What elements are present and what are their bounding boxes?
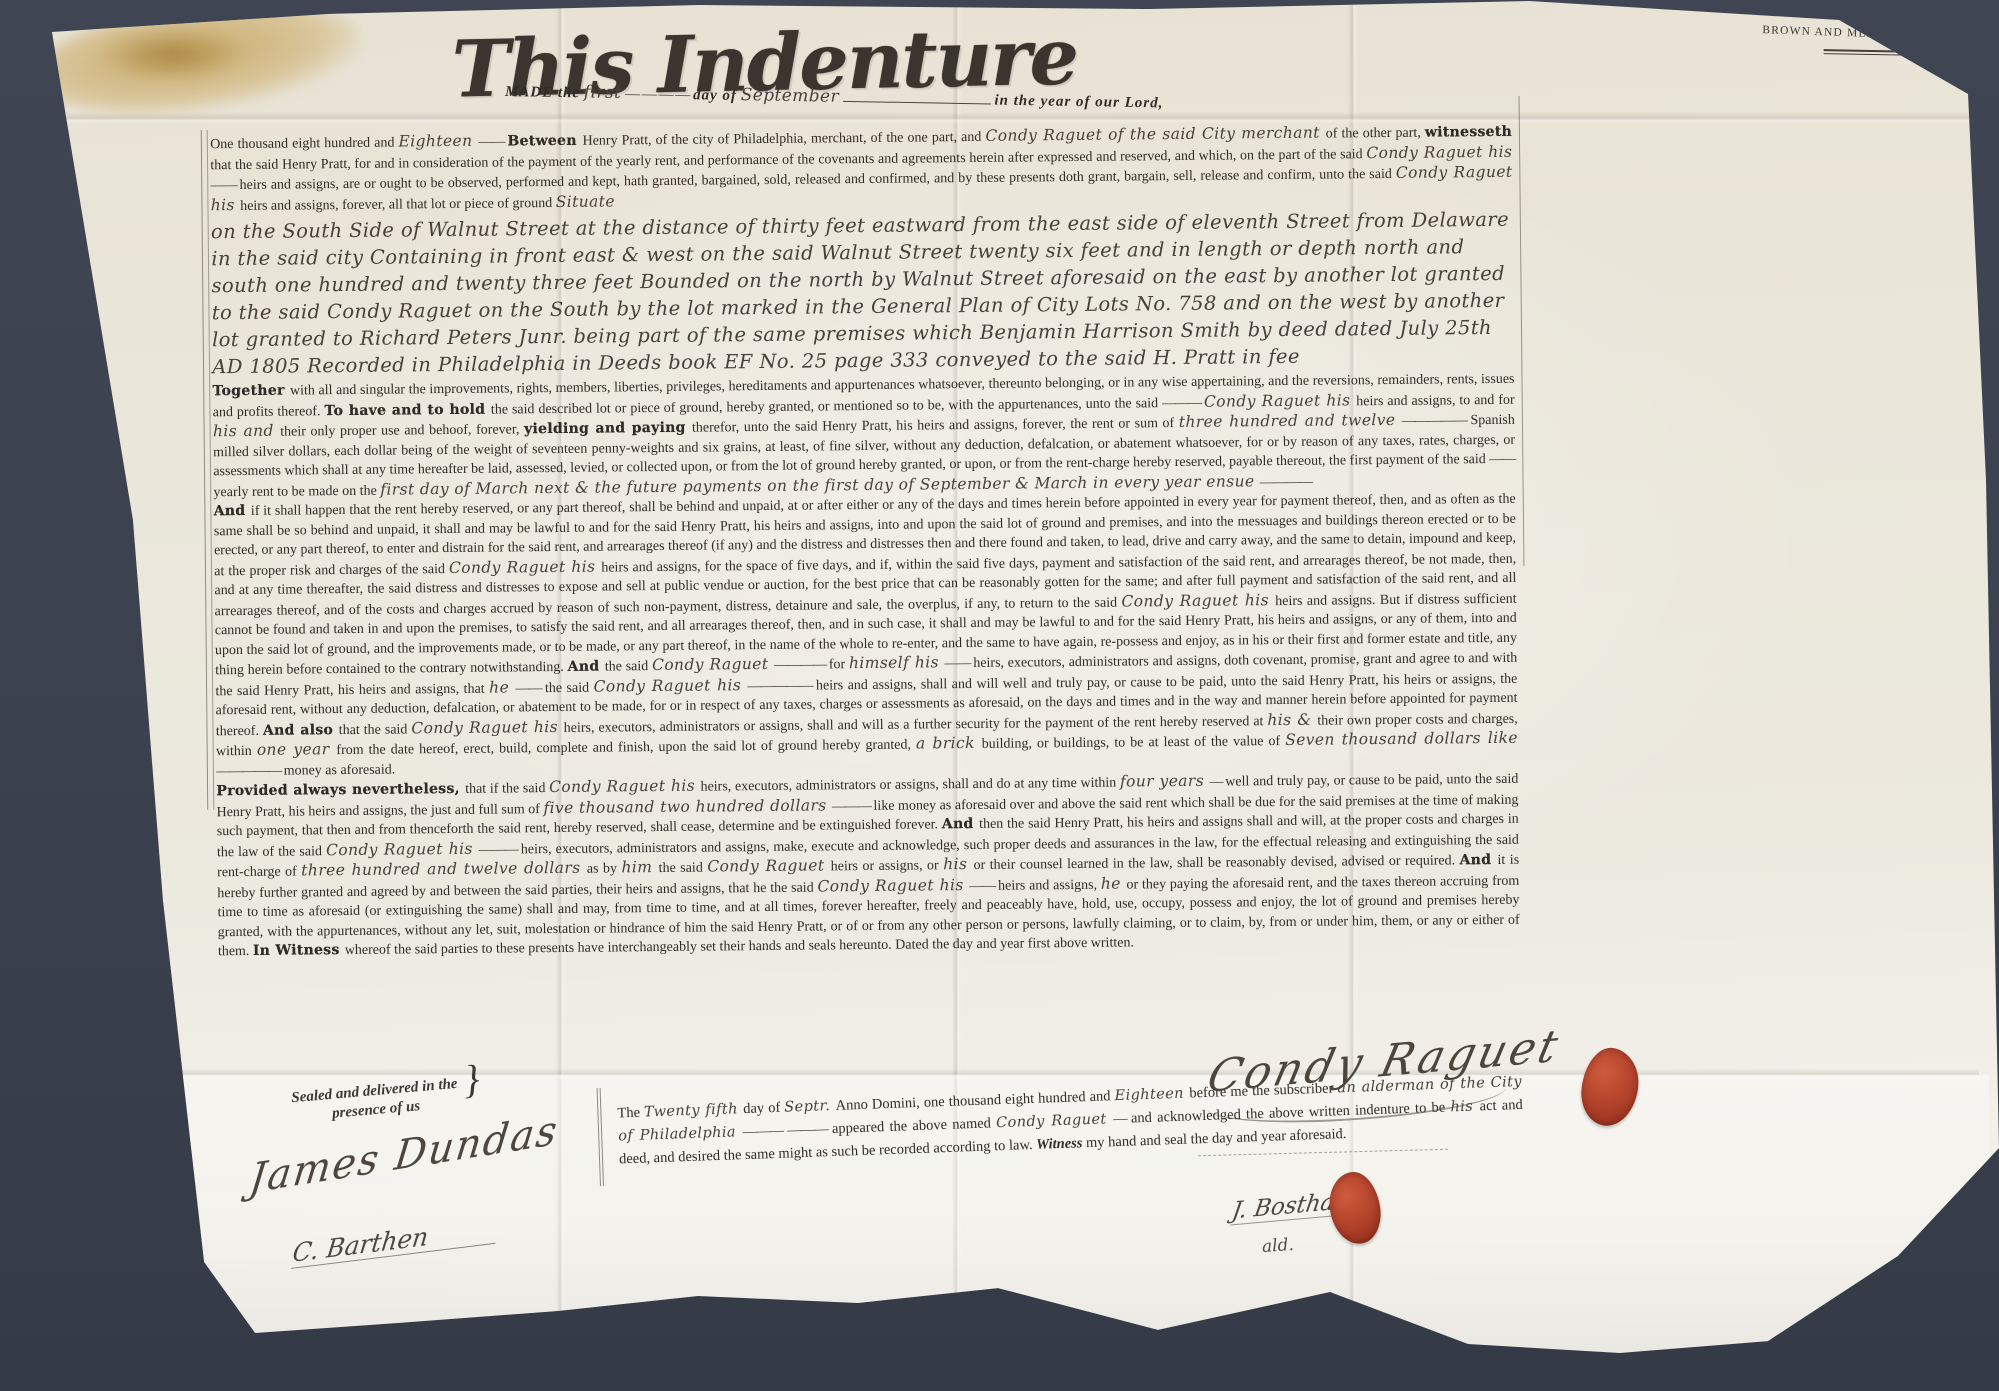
blank-rule: ———— [774,657,829,673]
printed-text: heirs and assigns, to and for [1356,392,1515,409]
blank-rule: ——— [832,798,874,813]
handwritten-text: Condy Raguet [707,856,831,875]
lead-word: witnesseth [1425,124,1512,141]
document-paragraph: Provided always nevertheless, that if th… [216,769,1520,962]
blank-rule: —— [944,656,973,671]
handwritten-text: five thousand two hundred dollars [543,796,832,817]
blank-rule: —— [1489,452,1515,467]
printer-imprint-rule [1823,49,1919,56]
witness-signature-second: C. Barthen [291,1213,500,1269]
parchment-stain-core [96,26,246,82]
attestation-brace: } [462,1069,480,1089]
printed-text: my hand and seal the day and year afores… [1086,1126,1347,1151]
lead-word: And [568,659,605,675]
handwritten-text: he [1101,874,1127,892]
blank-rule: — [1113,1110,1131,1127]
lead-word: Between [507,133,582,150]
printed-text: or their counsel learned in the law, sha… [974,853,1460,873]
lead-word: In Witness [253,942,345,959]
printed-text: heirs, executors, administrators or assi… [700,776,1120,795]
blank-rule: ————— [1402,413,1471,429]
blank-rule: ——— [479,842,521,857]
alderman-title-abbrev: ald. [1261,1235,1294,1257]
blank-rule: ————— [747,678,816,694]
handwritten-text: Eighteen [1114,1085,1189,1104]
handwritten-text: Eighteen [398,132,478,151]
handwritten-text: himself his [849,653,945,672]
handwritten-text: four years [1120,772,1210,791]
blank-dashes: — — — — [625,86,690,103]
printed-text: heirs and assigns, forever, all that lot… [240,195,556,213]
lead-word: yielding and paying [524,420,692,438]
printed-text: The [617,1104,644,1121]
handwritten-text: Twenty fifth [644,1101,744,1120]
handwritten-text: Condy Raguet his [1366,142,1512,161]
handwritten-text: Situate [556,192,615,211]
blank-rule: —— [210,178,239,193]
blank-rule: ————— [216,763,284,779]
blank-rule: —— [515,681,545,696]
lead-word: Together [212,383,290,400]
lead-word: And also [263,722,339,739]
italic-text: Witness [1036,1135,1086,1153]
handwritten-text: Condy Raguet his [326,839,479,858]
handwritten-text: his & [1267,710,1317,728]
handwritten-text: him [621,858,658,876]
handwritten-text: Condy Raguet [996,1111,1114,1131]
document-paragraph: One thousand eight hundred and Eighteen … [210,122,1513,216]
handwritten-text: Condy Raguet his [1121,591,1275,610]
printed-text: appeared the above named [832,1115,997,1137]
printed-text: One thousand eight hundred and [210,135,398,152]
handwritten-text: Septr. [784,1097,836,1115]
printed-text: therefor, unto the said Henry Pratt, his… [692,416,1179,436]
document-paragraph: on the South Side of Walnut Street at th… [211,206,1514,380]
deed-body-text: One thousand eight hundred and Eighteen … [210,122,1520,962]
handwritten-text: Condy Raguet his [817,876,969,895]
document-paragraph: Together with all and singular the impro… [212,370,1515,502]
printed-text: Anno Domini, one thousand eight hundred … [835,1088,1114,1114]
handwritten-text: Condy Raguet his [593,676,747,695]
handwritten-month: September [741,85,840,107]
lead-word: And [214,503,251,519]
printed-text: as by [587,861,622,876]
printed-text: heirs and assigns, [998,877,1101,893]
photograph-of-indenture: BROWN AND MERRITT, PRINTERS. This Indent… [0,0,1999,1391]
printed-text: for [829,657,849,672]
printed-text: the said [545,680,594,695]
red-wax-seal-alderman [1326,1169,1384,1247]
blank-rule: —— [478,134,507,149]
handwritten-day: first [584,82,622,103]
blank-rule [843,89,991,105]
printed-text: their only proper use and behoof, foreve… [280,422,524,439]
printed-text: Henry Pratt, of the city of Philadelphia… [582,130,985,149]
printed-text: of the other part, [1326,126,1425,142]
printed-text: from the date hereof, erect, build, comp… [336,738,916,759]
fold-crease-horizontal [60,112,1979,124]
printed-text: that the said [339,722,412,738]
printed-text: building, or buildings, to be at least o… [982,734,1286,752]
handwritten-text: Condy Raguet of the said City merchant [985,124,1325,145]
lead-word: Provided always nevertheless, [216,781,465,799]
printed-text: money as aforesaid. [284,762,396,778]
parchment-sheet: BROWN AND MERRITT, PRINTERS. This Indent… [0,0,1999,1391]
document-paragraph: And if it shall happen that the rent her… [214,490,1519,781]
printer-imprint: BROWN AND MERRITT, PRINTERS. [1762,24,1982,59]
lead-word: And [942,816,979,832]
handwritten-text: Condy Raguet his [449,557,602,576]
handwritten-text: his [943,855,974,873]
day-of-label: day of [693,87,737,104]
printed-text: yearly rent to be made on the [213,483,380,500]
blank-rule: ——— [1162,395,1204,410]
printed-text: the said [605,659,652,674]
handwritten-text: Condy Raguet [652,655,774,674]
handwritten-text: three hundred and twelve dollars [301,859,587,880]
handwritten-text: a brick [916,734,982,753]
blank-rule: —— [969,878,998,893]
handwritten-text: Condy Raguet his [549,777,701,796]
handwritten-text: his and [213,422,280,441]
printed-text: the said [659,861,708,876]
printed-text: heirs or assigns, or [831,858,944,874]
printed-text: day of [743,1099,785,1116]
blank-rule: ——— ——— [742,1120,832,1139]
red-wax-seal-grantee [1577,1045,1642,1129]
handwritten-text: Condy Raguet his [1204,391,1356,410]
witness-attestation-caption: Sealed and delivered in the presence of … [291,1075,460,1127]
handwritten-text: he [489,678,515,696]
printer-imprint-text: BROWN AND MERRITT, PRINTERS. [1762,24,1981,44]
handwritten-text: Seven thousand dollars like [1285,729,1518,749]
right-margin-rule [1519,96,1525,566]
handwritten-text: on the South Side of Walnut Street at th… [211,208,1509,378]
blank-rule: ———— [1260,474,1312,489]
printed-text: whereof the said parties to these presen… [345,935,1134,958]
handwritten-text: one year [257,740,337,759]
handwritten-text: three hundred and twelve [1179,411,1402,431]
handwritten-text: Condy Raguet his [411,717,564,736]
printed-text: the said described lot or piece of groun… [491,396,1162,417]
made-the-label: MADE the [505,84,580,101]
year-of-our-lord-label: in the year of our Lord, [994,93,1163,112]
printed-text: that if the said [465,781,549,797]
blank-rule: — [1209,775,1225,790]
lead-word: And [1460,852,1498,868]
lead-word: To have and to hold [324,401,491,419]
printed-text: heirs, executors, administrators or assi… [564,714,1268,736]
